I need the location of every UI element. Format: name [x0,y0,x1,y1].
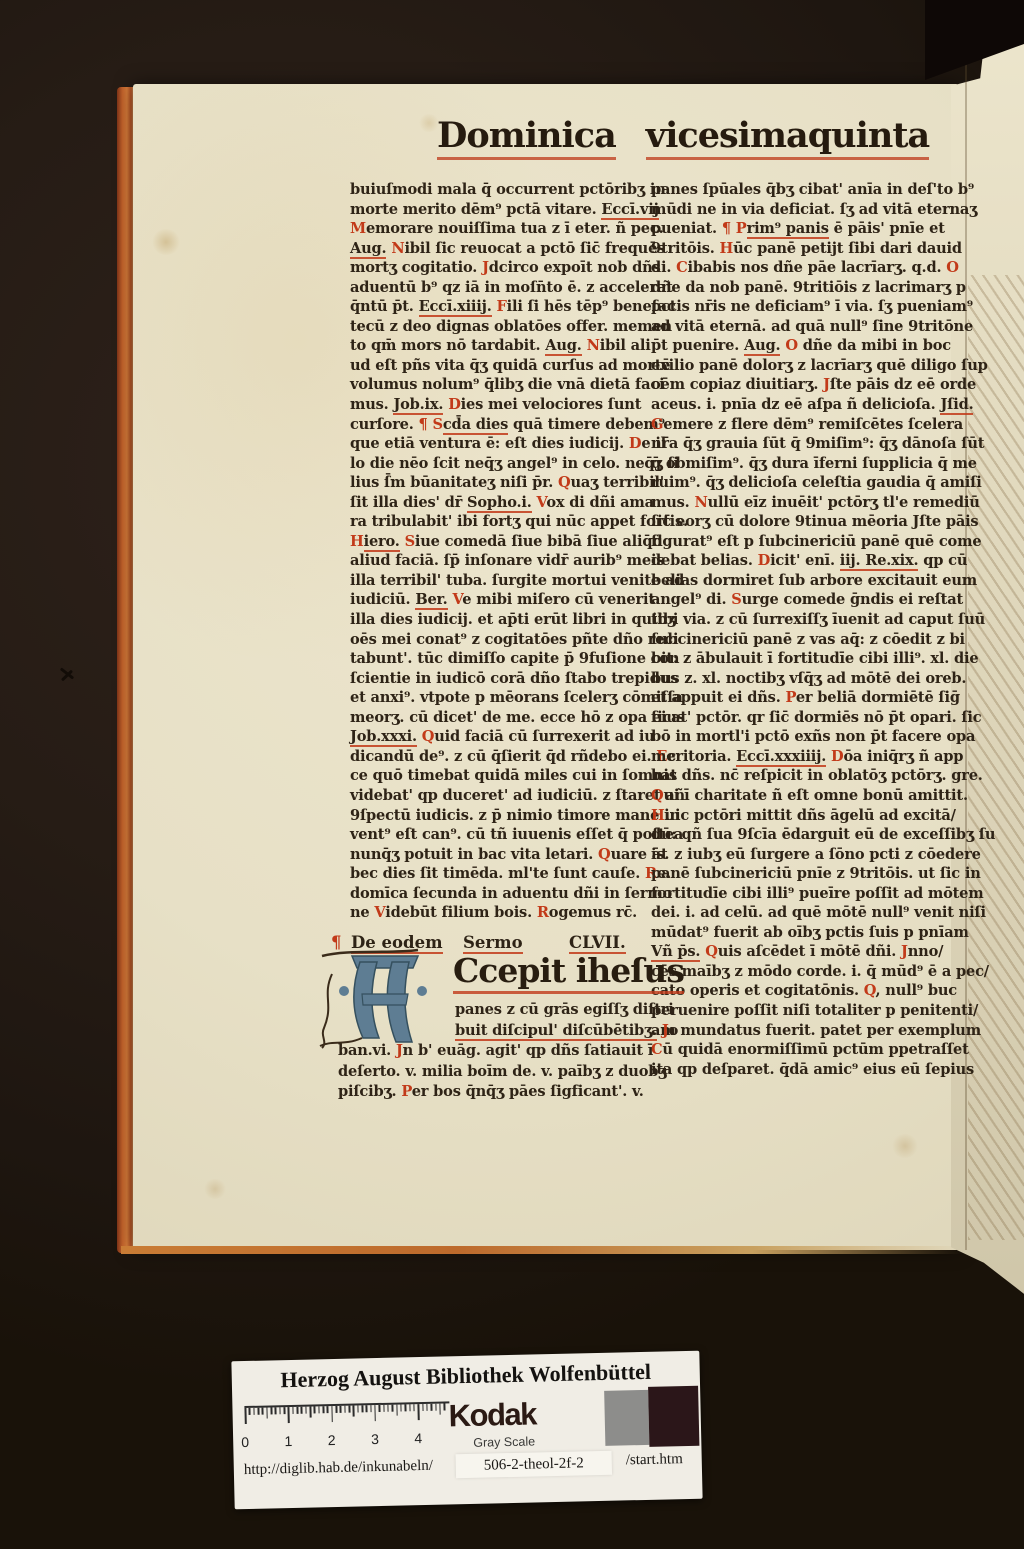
text-line: vent⁹ eſt can⁹. cū tñ iuuenis eſſet q̄ p… [350,825,652,845]
text-line: tibi via. z cū ſurrexiſſʒ īuenit ad capu… [651,610,953,630]
text-line: cato operis et cogitatōnis. Q, null⁹ buc [651,981,953,1001]
text-line: curſore. ¶ Scd̄a dies quā timere debem⁹ [350,415,652,435]
text-line: meritoria. Eccī.xxxiiij. Dōa iniq̄rʒ ñ a… [651,747,953,767]
text-line: panes z cū grās egiſſʒ diſtri [455,1000,655,1021]
running-title-right: vicesimaquinta [646,115,929,160]
text-line: Qui ī charitate ñ eſt omne bonū amittit. [651,786,953,806]
right-text-column: panes ſpūales q̄bʒ cibat' anīa in deſ'to… [651,180,953,1079]
text-line: illa terribil' tuba. ſurgite mortui veni… [350,571,652,591]
text-line: pueniat. ¶ Prim⁹ panis ē pāis' pnīe et [651,219,953,239]
text-line: ſcientie in iudicō corā dño ſtabo trepid… [350,669,652,689]
text-line: nunq̄ʒ potuit in bac vita letari. Quare … [350,845,652,865]
text-line: to qm̄ mors nō tardabit. Aug. Nibil ali [350,336,652,356]
dark-patch [648,1386,699,1447]
text-line: bō in mortl'i pctō exñs non p̄t facere o… [651,727,953,747]
text-line: bus z. xl. noctibʒ vſq̄ʒ ad mōtē dei ore… [651,669,953,689]
incipit-tail-lines: ban.vi. Jn b' euāg. agit' qp dñs ſatiaui… [338,1041,653,1103]
text-line: nr̄a q̄ʒ grauia ſūt q̄ 9miſim⁹: q̄ʒ dāno… [651,434,953,454]
text-line: aliud faciā. ſp̄ inſonare vidr̄ aurib⁹ m… [350,551,652,571]
text-line: Job.xxxi. Quid faciā cū ſurrexerit ad iu [350,727,652,747]
text-line: dei. i. ad celū. ad quē mōtē null⁹ venit… [651,903,953,923]
text-line: di. Cibabis nos dñe pāe lacrīarʒ. q.d. O [651,258,953,278]
text-line: panes ſpūales q̄bʒ cibat' anīa in deſ'to… [651,180,953,200]
text-line: illa dies iudicij. et ap̄ti erūt libri i… [350,610,652,630]
text-line: domīca ſecunda in aduentu dñi in ſermo [350,884,652,904]
text-line: dñe da nob panē. 9tritiōis z lacrimarʒ p [651,278,953,298]
text-line: angel⁹ di. Surge comede ḡndis ei reſtat [651,590,953,610]
book-photograph: Dominica vicesimaquinta buiuſmodi mala q… [0,0,1024,1549]
running-title-left: Dominica [437,115,616,160]
text-line: figurat⁹ eſt p ſubcinericiū panē quē com… [651,532,953,552]
text-line: ficat' pctōr. qr ſic̄ dormiēs nō p̄t opa… [651,708,953,728]
text-line: mūdat⁹ fuerit ab oībʒ pctis ſuis p pnīam [651,923,953,943]
foxing-spot [151,229,181,255]
text-line: ita qp deſparet. q̄dā amic⁹ eius eū ſepi… [651,1060,953,1080]
text-line: dicandū de⁹. z cū q̄ſierit q̄d rñdebo ei… [350,747,652,767]
gray-patch [604,1390,649,1446]
incipit-big-text: Ccepit iheſus [453,950,684,994]
text-line: ce quō timebat quidā miles cui in ſomnis [350,766,652,786]
text-line: deſerto. v. milia boīm de. v. paībʒ z du… [338,1062,653,1083]
text-line: mortʒ cogitatio. Jdcirco expoīt nob dñs [350,258,652,278]
text-line: oēm copiaz diuitiarʒ. Jſte pāis dz eē or… [651,375,953,395]
text-line: ſic̄ eorʒ cū dolore 9tinua mēoria Jſte p… [651,512,953,532]
text-line: ad vitā eternā. ad quā null⁹ ſine 9tritō… [651,317,953,337]
text-line: belias dormiret ſub arbore excitauit eum [651,571,953,591]
text-line: ra tribulabit' ibi fortʒ qui nūc appet f… [350,512,652,532]
text-line: cēs maībʒ z mōdo corde. i. q̄ mūd⁹ ē a p… [651,962,953,982]
background-scratch [56,668,78,694]
digitization-url: http://diglib.hab.de/inkunabeln/ [244,1458,433,1479]
kodak-wordmark: Kodak [448,1396,536,1434]
text-line: pctis nr̄is ne deficiam⁹ ī via. ſʒ pueni… [651,297,953,317]
text-line: lo die nēo ſcit neq̄ʒ angel⁹ in celo. ne… [350,454,652,474]
text-line: ſit illa dies' dr̄ Sopho.i. Vox di dñi a… [350,493,652,513]
facing-page-text-bleed [968,275,1024,1240]
text-line: morte merito dēm⁹ pctā vitare. Eccī.vij [350,200,652,220]
text-line: bec dies ſit timēda. ml'te ſunt cauſe. R… [350,864,652,884]
ruler-number: 0 [241,1434,249,1450]
text-line: et anxi⁹. vtpote p mēorans ſcelerʒ cōmiſ… [350,688,652,708]
text-line: debat belias. Dicit' enī. iij. Re.xix. q… [651,551,953,571]
text-line: buiuſmodi mala q̄ occurrent pctōribʒ in [350,180,652,200]
text-line: lius ſ̄m būanitateʒ niſi p̄r. Quaʒ terri… [350,473,652,493]
text-line: panē ſubcinericiū pnīe z 9tritōis. ut ſi… [651,864,953,884]
text-line: meorʒ. cū dicet' de me. ecce hō z opa ei… [350,708,652,728]
text-line: q̄ntū p̄t. Eccī.xiiij. Fili ſi hēs tēp⁹ … [350,297,652,317]
left-text-column: buiuſmodi mala q̄ occurrent pctōribʒ inm… [350,180,652,923]
start-file: /start.htm [626,1451,683,1469]
text-line: Hiero. Siue comedā ſiue bibā ſiue aliq̄d [350,532,652,552]
text-line: Vñ p̄s. Quis aſcēdet ī mōtē dñi. Jnno/ [651,942,953,962]
page-fore-edge-bottom [121,1246,963,1254]
text-line: oēs mei conat⁹ z cogitatōes pñte dño rec… [350,630,652,650]
foxing-spot [203,1179,227,1199]
text-line: aduentū b⁹ qz iā in moſn̄to ē. z acceler… [350,278,652,298]
text-line: buit diſcipul' diſcūbētibʒ. Jo [455,1021,655,1042]
text-line: Cū quidā enormiſſimū pctūm ppetraſſet [651,1040,953,1060]
text-line: 9tritōis. Hūc panē petijt ſibi dari daui… [651,239,953,259]
text-line: volumus nolum⁹ q̄libʒ die vnā dietā faci [350,375,652,395]
text-line: mūdi ne in via deficiat. ſʒ ad vitā eter… [651,200,953,220]
ruler-number: 3 [371,1431,379,1447]
scale-ruler: 01234 [244,1401,457,1456]
text-line: aceus. i. pnīa dz eē aſpa ñ delicioſa. J… [651,395,953,415]
text-line: piſcibʒ. Per bos q̄nq̄ʒ pāes ſigficant'.… [338,1082,653,1103]
gray-scale-label: Gray Scale [473,1434,535,1449]
text-line: ne Videbūt filium bois. Rogemus rc̄. [350,903,652,923]
running-title: Dominica vicesimaquinta [437,115,929,160]
text-line: ſubcinericiū panē z vas aq̄: z cōedit z … [651,630,953,650]
text-line: videbat' qp duceret' ad iudiciū. z ſtare… [350,786,652,806]
text-line: ruim⁹. q̄ʒ delicioſa celeſtia gaudia q̄ … [651,473,953,493]
ruler-number: 1 [284,1433,292,1449]
text-line: Huic pctōri mittit dñs āgelū ad excitā/ [651,806,953,826]
text-line: tecū z deo dignas oblatōes offer. memen [350,317,652,337]
foxing-spot [891,1134,919,1158]
text-line: peruenire poſſit niſi totaliter p penite… [651,1001,953,1021]
text-line: que etiā ventura ē: eſt dies iudicij. De… [350,434,652,454]
text-line: q̄ obmiſim⁹. q̄ʒ dura īferni ſupplicia q… [651,454,953,474]
illuminated-initial-A [318,944,454,1050]
text-line: bat dñs. nc̄ reſpicit in oblatōʒ pctōrʒ.… [651,766,953,786]
text-line: mus. Nullū eīz inuēit' pctōrʒ tl'e remed… [651,493,953,513]
text-line: exilio panē dolorʒ z lacrīarʒ quē diligo… [651,356,953,376]
shelfmark: 506-2-theol-2f-2 [456,1451,613,1479]
text-line: tabunt'. tūc dimiſſo capite p̄ 9fuſione … [350,649,652,669]
text-line: iudiciū. Ber. Ve mibi miſero cū venerit [350,590,652,610]
text-line: Gemere z flere dēm⁹ remiſcētes ſcelera [651,415,953,435]
ruler-number: 4 [414,1430,422,1446]
text-line: et appuit ei dñs. Per beliā dormiētē ſiḡ [651,688,953,708]
library-label: Herzog August Bibliothek Wolfenbüttel 01… [231,1351,702,1510]
text-line: is. z iubʒ eū ſurgere a ſōno pcti z cōed… [651,845,953,865]
text-line: p̄t puenire. Aug. O dñe da mibi in boc [651,336,953,356]
text-line: 9ſpectū iudicis. z p̄ nimio timore mane … [350,806,652,826]
text-line: Memorare nouiſſima tua z ī eter. ñ pec. [350,219,652,239]
text-line: fortitudīe cibi illi⁹ pueīre poſſit ad m… [651,884,953,904]
ruler-number: 2 [328,1432,336,1448]
text-line: am mundatus fuerit. patet per exemplum [651,1021,953,1041]
text-line: dū: qñ ſua 9ſcīa ēdarguit eū de exceſſib… [651,825,953,845]
incipit-indented-lines: panes z cū grās egiſſʒ diſtribuit diſcip… [455,1000,655,1041]
text-line: bit: z ābulauit ī fortitudīe cibi illi⁹.… [651,649,953,669]
library-name: Herzog August Bibliothek Wolfenbüttel [232,1358,700,1395]
text-line: mus. Job.ix. Dies mei velociores ſunt [350,395,652,415]
text-line: Aug. Nibil ſic reuocat a pctō ſic̄ frequ… [350,239,652,259]
text-line: ban.vi. Jn b' euāg. agit' qp dñs ſatiaui… [338,1041,653,1062]
text-line: ud eſt pñs vita q̄ʒ quidā curſus ad mort… [350,356,652,376]
